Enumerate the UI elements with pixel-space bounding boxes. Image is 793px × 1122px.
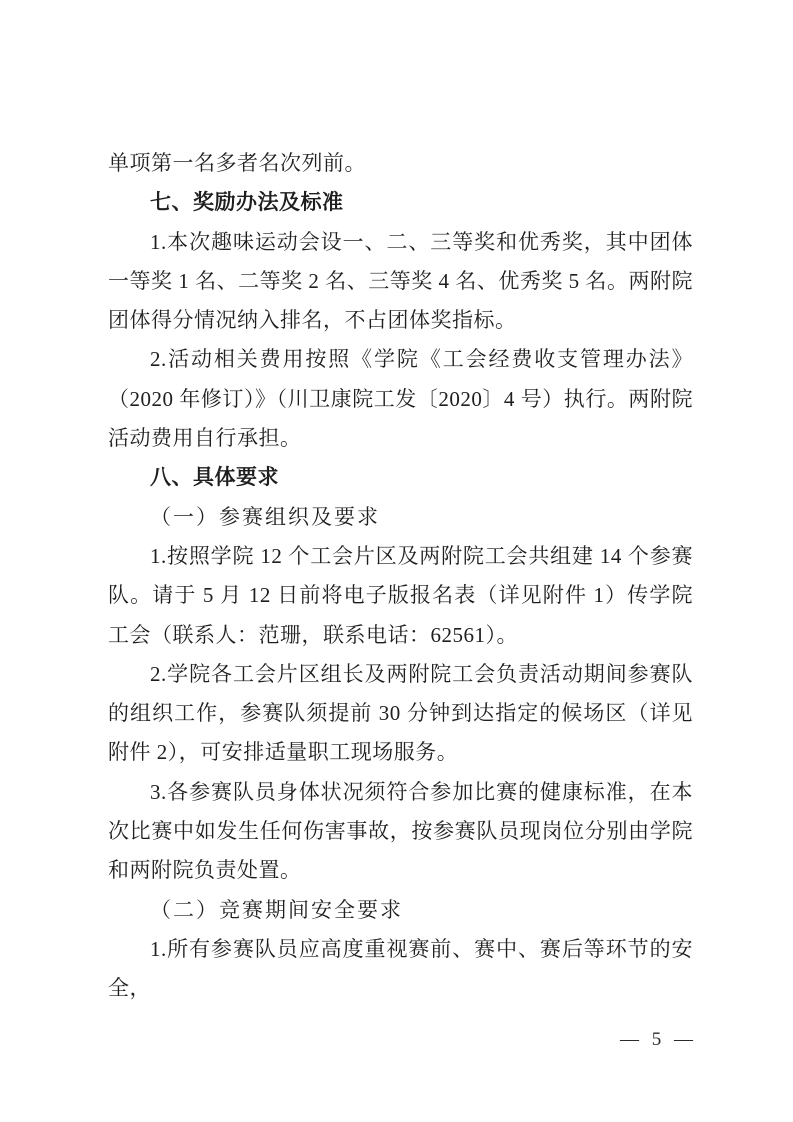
document-page: 单项第一名多者名次列前。 七、奖励办法及标准 1.本次趣味运动会设一、二、三等奖…: [0, 0, 793, 1122]
para-activity-funding: 2.活动相关费用按照《学院《工会经费收支管理办法》（2020 年修订）》（川卫康…: [108, 340, 693, 458]
para-ranking-tiebreak: 单项第一名多者名次列前。: [108, 144, 693, 183]
para-safety-awareness: 1.所有参赛队员应高度重视赛前、赛中、赛后等环节的安全，: [108, 930, 693, 1009]
document-text-block: 单项第一名多者名次列前。 七、奖励办法及标准 1.本次趣味运动会设一、二、三等奖…: [108, 144, 693, 1009]
subheading-1-registration-requirements: （一）参赛组织及要求: [108, 498, 693, 537]
page-number: — 5 —: [620, 1028, 697, 1052]
para-team-organization: 2.学院各工会片区组长及两附院工会负责活动期间参赛队的组织工作，参赛队须提前 3…: [108, 655, 693, 773]
para-team-registration: 1.按照学院 12 个工会片区及两附院工会共组建 14 个参赛队。请于 5 月 …: [108, 537, 693, 655]
subheading-2-safety-requirements: （二）竞赛期间安全要求: [108, 891, 693, 930]
heading-section-8-requirements: 八、具体要求: [108, 458, 693, 497]
para-health-standards: 3.各参赛队员身体状况须符合参加比赛的健康标准，在本次比赛中如发生任何伤害事故，…: [108, 773, 693, 891]
para-award-tiers: 1.本次趣味运动会设一、二、三等奖和优秀奖，其中团体一等奖 1 名、二等奖 2 …: [108, 223, 693, 341]
heading-section-7-awards: 七、奖励办法及标准: [108, 183, 693, 222]
